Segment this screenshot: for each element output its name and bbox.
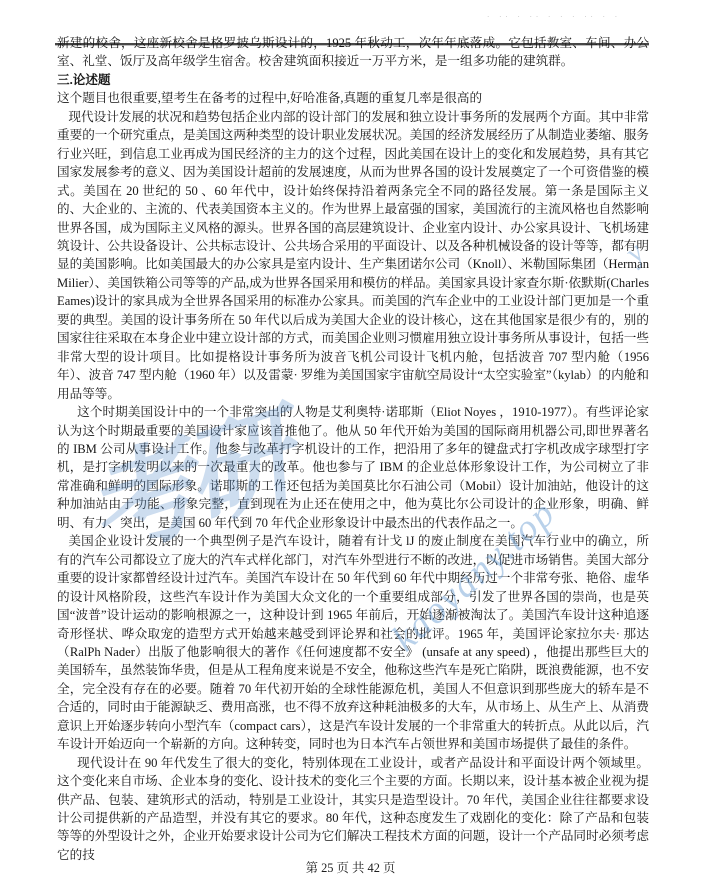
header-faint-marks: · ·· · ·· · · · ·· · · [487, 13, 667, 21]
continuation-paragraph: 新建的校舍，这座新校舍是格罗披乌斯设计的，1925 年秋动工，次年年底落成。它包… [57, 34, 649, 71]
page-number-footer: 第 25 页 共 42 页 [0, 858, 701, 876]
section-heading: 三.论述题 [57, 71, 649, 89]
document-page: · ·· · ·· · · · ·· · · 新建的校舍，这座新校舍是格罗披乌斯… [0, 0, 701, 894]
paragraph-car-design: 美国企业设计发展的一个典型例子是汽车设计，随着有计戈 lJ 的废止制度在美国汽车… [57, 532, 649, 753]
exam-note: 这个题目也很重要,望考生在备考的过程中,好哈准备,真题的重复几率是很高的 [57, 89, 649, 107]
document-body: 新建的校舍，这座新校舍是格罗披乌斯设计的，1925 年秋动工，次年年底落成。它包… [57, 34, 649, 864]
paragraph-90s-design: 现代设计在 90 年代发生了很大的变化，特别体现在工业设计，或者产品设计和平面设… [57, 754, 649, 865]
paragraph-eliot-noyes: 这个时期美国设计中的一个非常突出的人物是艾利奥特·诺耶斯（Eliot Noyes… [57, 403, 649, 532]
paragraph-us-design-development: 现代设计发展的状况和趋势包括企业内部的设计部门的发展和独立设计事务所的发展两个方… [57, 108, 649, 403]
